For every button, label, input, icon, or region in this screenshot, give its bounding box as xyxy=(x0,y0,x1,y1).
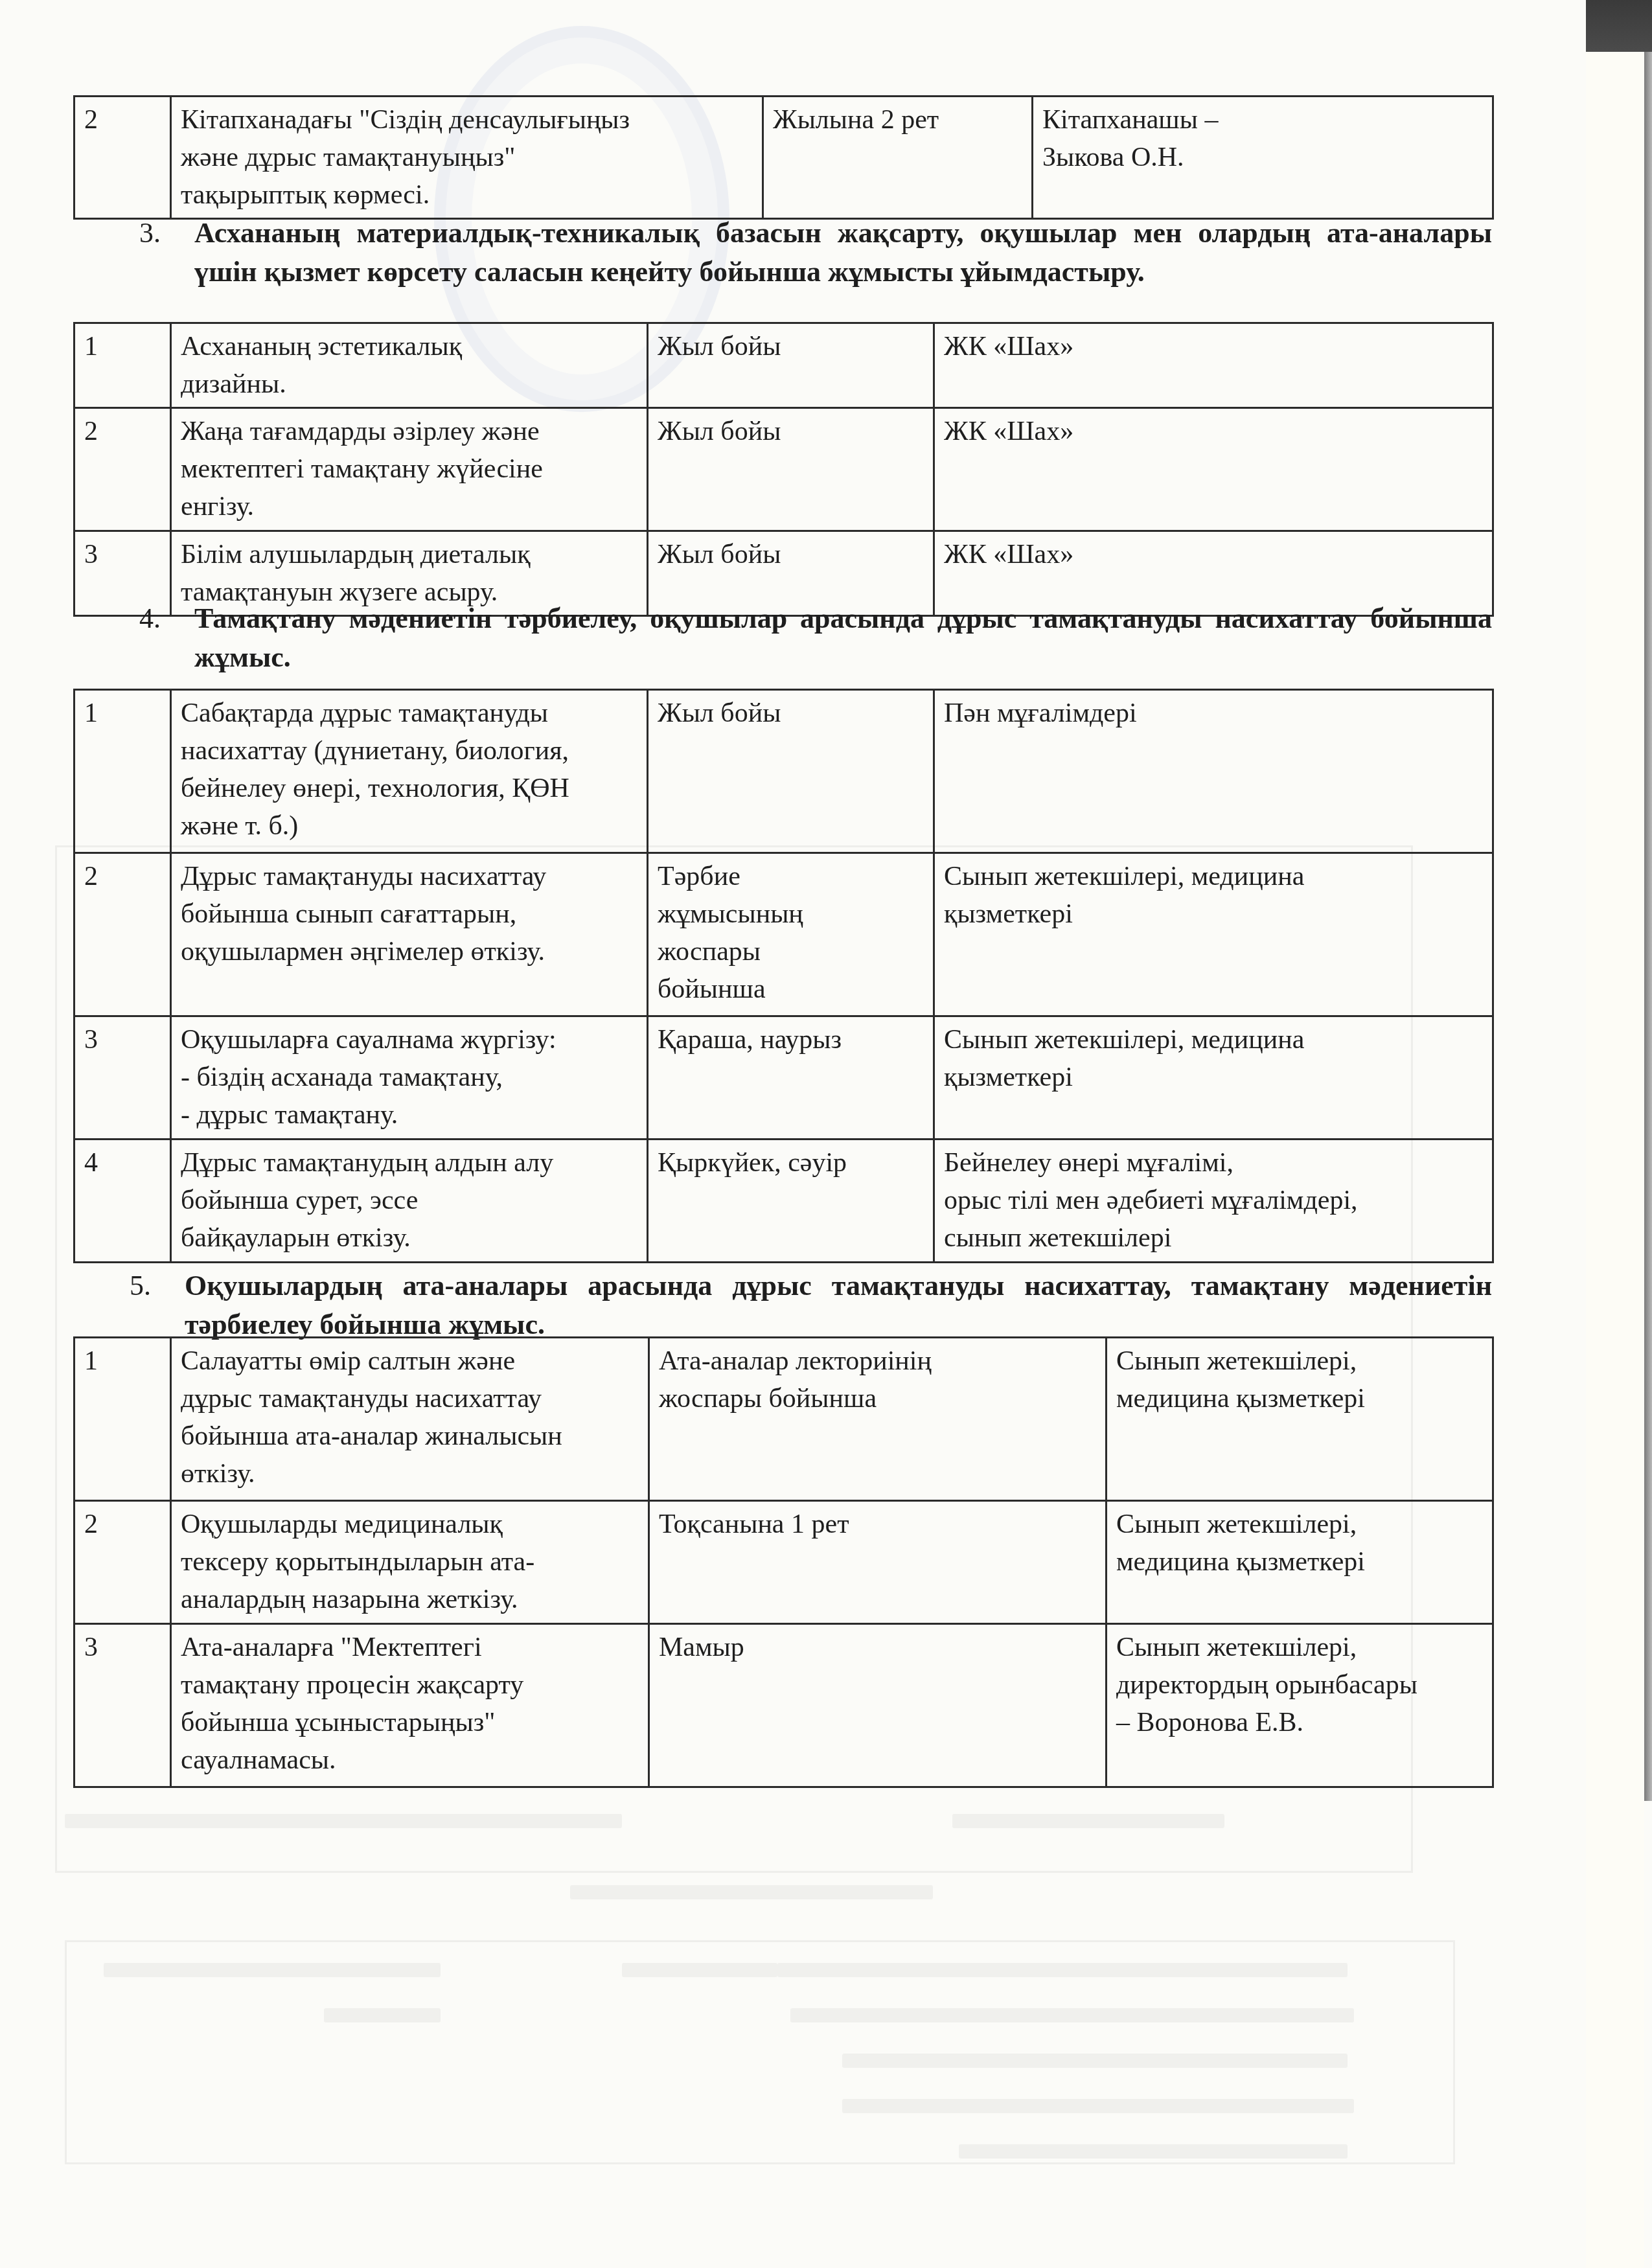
bleed-text xyxy=(959,2144,1348,2159)
responsible-cell: Сынып жетекшілері,медицина қызметкері xyxy=(1107,1338,1493,1501)
table-row: 3Оқушыларға сауалнама жүргізу:- біздің а… xyxy=(75,1016,1493,1140)
table-row: 2Дұрыс тамақтануды насихаттаубойынша сын… xyxy=(75,853,1493,1016)
event-cell-line: Асхананың эстетикалық xyxy=(181,328,639,365)
timing-cell: Ата-аналар лекториініңжоспары бойынша xyxy=(649,1338,1107,1501)
responsible-cell-line: қызметкері xyxy=(944,1059,1484,1096)
responsible-cell: Сынып жетекшілері,директордың орынбасары… xyxy=(1107,1624,1493,1787)
responsible-cell: ЖК «Шах» xyxy=(934,408,1493,531)
table-row: 2Оқушыларды медициналықтексеру қорытынды… xyxy=(75,1501,1493,1624)
responsible-cell-line: директордың орынбасары xyxy=(1116,1666,1484,1704)
timing-cell-line: бойынша xyxy=(658,970,925,1008)
responsible-cell: ЖК «Шах» xyxy=(934,323,1493,408)
row-number: 1 xyxy=(75,690,171,853)
responsible-cell: Сынып жетекшілері, медицинақызметкері xyxy=(934,853,1493,1016)
event-cell-line: Дұрыс тамақтануды насихаттау xyxy=(181,858,639,895)
event-cell: Жаңа тағамдарды әзірлеу жәнемектептегі т… xyxy=(171,408,648,531)
table-row: 4Дұрыс тамақтанудың алдын алубойынша сур… xyxy=(75,1140,1493,1263)
table-row: 2Кітапханадағы "Сіздің денсаулығыңызжәне… xyxy=(75,97,1493,219)
timing-cell: Тоқсанына 1 рет xyxy=(649,1501,1107,1624)
responsible-cell-line: ЖК «Шах» xyxy=(944,328,1484,365)
table-row: 1Асхананың эстетикалықдизайны.Жыл бойыЖК… xyxy=(75,323,1493,408)
event-cell-line: Кітапханадағы "Сіздің денсаулығыңыз xyxy=(181,101,754,139)
table-row: 2Жаңа тағамдарды әзірлеу жәнемектептегі … xyxy=(75,408,1493,531)
section-title: Асхананың материалдық-техникалық базасын… xyxy=(194,214,1492,292)
event-cell-line: - біздің асханада тамақтану, xyxy=(181,1059,639,1096)
event-cell: Кітапханадағы "Сіздің денсаулығыңызжәне … xyxy=(171,97,763,219)
responsible-cell-line: медицина қызметкері xyxy=(1116,1380,1484,1417)
event-cell-line: - дұрыс тамақтану. xyxy=(181,1096,639,1134)
timing-cell-line: жұмысының xyxy=(658,895,925,933)
responsible-cell: Сынып жетекшілері, медицинақызметкері xyxy=(934,1016,1493,1140)
responsible-cell: Кітапханашы –Зыкова О.Н. xyxy=(1033,97,1493,219)
event-cell-line: Жаңа тағамдарды әзірлеу және xyxy=(181,413,639,450)
continuation-table: 2Кітапханадағы "Сіздің денсаулығыңызжәне… xyxy=(73,95,1494,220)
responsible-cell-line: Зыкова О.Н. xyxy=(1042,139,1484,176)
row-number: 2 xyxy=(75,408,171,531)
event-cell-line: бойынша сынып сағаттарын, xyxy=(181,895,639,933)
responsible-cell: Сынып жетекшілері,медицина қызметкері xyxy=(1107,1501,1493,1624)
responsible-cell: Пән мұғалімдері xyxy=(934,690,1493,853)
responsible-cell-line: қызметкері xyxy=(944,895,1484,933)
timing-cell-line: Қыркүйек, сәуір xyxy=(658,1144,925,1182)
section-number: 3. xyxy=(139,214,194,292)
event-cell-line: және т. б.) xyxy=(181,807,639,845)
timing-cell-line: Ата-аналар лекториінің xyxy=(659,1342,1097,1380)
event-cell-line: енгізу. xyxy=(181,488,639,525)
event-cell-line: дұрыс тамақтануды насихаттау xyxy=(181,1380,640,1417)
responsible-cell-line: Сынып жетекшілері, xyxy=(1116,1342,1484,1380)
timing-cell-line: жоспары xyxy=(658,933,925,970)
bleed-text xyxy=(622,1963,777,1977)
row-number: 3 xyxy=(75,1624,171,1787)
bleed-text xyxy=(842,2054,1348,2068)
event-cell-line: мектептегі тамақтану жүйесіне xyxy=(181,450,639,488)
responsible-cell-line: – Воронова Е.В. xyxy=(1116,1704,1484,1741)
event-cell-line: аналардың назарына жеткізу. xyxy=(181,1581,640,1618)
row-number: 2 xyxy=(75,97,171,219)
bleed-text xyxy=(790,2008,1354,2022)
timing-cell-line: Жыл бойы xyxy=(658,413,925,450)
responsible-cell-line: Сынып жетекшілері, медицина xyxy=(944,1021,1484,1059)
responsible-cell-line: медицина қызметкері xyxy=(1116,1543,1484,1581)
section-title: Оқушылардың ата-аналары арасында дұрыс т… xyxy=(185,1266,1492,1344)
event-cell-line: Сабақтарда дұрыс тамақтануды xyxy=(181,694,639,732)
responsible-cell-line: ЖК «Шах» xyxy=(944,413,1484,450)
event-cell-line: Салауатты өмір салтын және xyxy=(181,1342,640,1380)
scanner-edge-shadow xyxy=(1644,52,1652,1801)
responsible-cell-line: орыс тілі мен әдебиеті мұғалімдері, xyxy=(944,1182,1484,1219)
responsible-cell-line: Сынып жетекшілері, xyxy=(1116,1629,1484,1666)
bleed-text xyxy=(777,1963,1348,1977)
timing-cell-line: Тоқсанына 1 рет xyxy=(659,1506,1097,1543)
event-cell-line: оқушылармен әңгімелер өткізу. xyxy=(181,933,639,970)
bleed-text xyxy=(952,1814,1224,1828)
event-cell: Асхананың эстетикалықдизайны. xyxy=(171,323,648,408)
row-number: 1 xyxy=(75,1338,171,1501)
row-number: 3 xyxy=(75,1016,171,1140)
timing-cell-line: Қараша, наурыз xyxy=(658,1021,925,1059)
timing-cell: Қараша, наурыз xyxy=(648,1016,934,1140)
event-cell-line: Оқушыларға сауалнама жүргізу: xyxy=(181,1021,639,1059)
responsible-cell-line: Бейнелеу өнері мұғалімі, xyxy=(944,1144,1484,1182)
table-row: 3Ата-аналарға "Мектептегітамақтану проце… xyxy=(75,1624,1493,1787)
event-cell-line: тақырыптық көрмесі. xyxy=(181,176,754,214)
row-number: 1 xyxy=(75,323,171,408)
bleed-text xyxy=(104,1963,441,1977)
responsible-cell-line: Сынып жетекшілері, xyxy=(1116,1506,1484,1543)
table-row: 1Салауатты өмір салтын жәнедұрыс тамақта… xyxy=(75,1338,1493,1501)
event-cell: Ата-аналарға "Мектептегітамақтану процес… xyxy=(171,1624,649,1787)
timing-cell: Жыл бойы xyxy=(648,690,934,853)
timing-cell: Жыл бойы xyxy=(648,408,934,531)
event-cell-line: насихаттау (дүниетану, биология, xyxy=(181,732,639,770)
timing-cell: Тәрбиежұмысыныңжоспарыбойынша xyxy=(648,853,934,1016)
event-cell-line: бойынша ұсыныстарыңыз" xyxy=(181,1704,640,1741)
bleed-text xyxy=(842,2099,1354,2113)
event-cell-line: тексеру қорытындыларын ата- xyxy=(181,1543,640,1581)
section-heading-4: 4. Тамақтану мәдениетін тәрбиелеу, оқушы… xyxy=(139,599,1492,677)
event-cell-line: сауалнамасы. xyxy=(181,1741,640,1779)
bleed-text xyxy=(324,2008,441,2022)
section-number: 4. xyxy=(139,599,194,677)
event-cell: Сабақтарда дұрыс тамақтанудынасихаттау (… xyxy=(171,690,648,853)
timing-cell-line: Мамыр xyxy=(659,1629,1097,1666)
responsible-cell-line: Сынып жетекшілері, медицина xyxy=(944,858,1484,895)
event-cell-line: Оқушыларды медициналық xyxy=(181,1506,640,1543)
event-cell-line: және дұрыс тамақтануыңыз" xyxy=(181,139,754,176)
bleed-text xyxy=(570,1885,933,1899)
event-cell: Салауатты өмір салтын жәнедұрыс тамақтан… xyxy=(171,1338,649,1501)
event-cell: Дұрыс тамақтануды насихаттаубойынша сыны… xyxy=(171,853,648,1016)
row-number: 4 xyxy=(75,1140,171,1263)
table-row: 1Сабақтарда дұрыс тамақтанудынасихаттау … xyxy=(75,690,1493,853)
event-cell-line: байқауларын өткізу. xyxy=(181,1219,639,1257)
timing-cell: Жыл бойы xyxy=(648,323,934,408)
responsible-cell-line: сынып жетекшілері xyxy=(944,1219,1484,1257)
event-cell: Оқушыларды медициналықтексеру қорытындыл… xyxy=(171,1501,649,1624)
event-cell-line: тамақтану процесін жақсарту xyxy=(181,1666,640,1704)
responsible-cell: Бейнелеу өнері мұғалімі,орыс тілі мен әд… xyxy=(934,1140,1493,1263)
timing-cell-line: Жылына 2 рет xyxy=(773,101,1024,139)
timing-cell-line: Жыл бойы xyxy=(658,536,925,573)
scanner-edge xyxy=(1586,0,1652,52)
section-4-table: 1Сабақтарда дұрыс тамақтанудынасихаттау … xyxy=(73,689,1494,1263)
responsible-cell-line: ЖК «Шах» xyxy=(944,536,1484,573)
section-3-table: 1Асхананың эстетикалықдизайны.Жыл бойыЖК… xyxy=(73,322,1494,617)
timing-cell: Қыркүйек, сәуір xyxy=(648,1140,934,1263)
event-cell-line: Ата-аналарға "Мектептегі xyxy=(181,1629,640,1666)
timing-cell: Мамыр xyxy=(649,1624,1107,1787)
event-cell-line: дизайны. xyxy=(181,365,639,403)
section-heading-3: 3. Асхананың материалдық-техникалық база… xyxy=(139,214,1492,292)
event-cell-line: Білім алушылардың диеталық xyxy=(181,536,639,573)
timing-cell-line: жоспары бойынша xyxy=(659,1380,1097,1417)
event-cell-line: Дұрыс тамақтанудың алдын алу xyxy=(181,1144,639,1182)
section-5-table: 1Салауатты өмір салтын жәнедұрыс тамақта… xyxy=(73,1336,1494,1788)
timing-cell: Жылына 2 рет xyxy=(763,97,1033,219)
responsible-cell-line: Пән мұғалімдері xyxy=(944,694,1484,732)
event-cell: Дұрыс тамақтанудың алдын алубойынша суре… xyxy=(171,1140,648,1263)
event-cell-line: бейнелеу өнері, технология, ҚӨН xyxy=(181,770,639,807)
scanner-edge-strip xyxy=(1586,52,1644,2268)
event-cell: Оқушыларға сауалнама жүргізу:- біздің ас… xyxy=(171,1016,648,1140)
row-number: 2 xyxy=(75,853,171,1016)
timing-cell-line: Жыл бойы xyxy=(658,328,925,365)
section-title: Тамақтану мәдениетін тәрбиелеу, оқушылар… xyxy=(194,599,1492,677)
section-heading-5: 5. Оқушылардың ата-аналары арасында дұры… xyxy=(130,1266,1492,1344)
responsible-cell-line: Кітапханашы – xyxy=(1042,101,1484,139)
event-cell-line: бойынша сурет, эссе xyxy=(181,1182,639,1219)
row-number: 2 xyxy=(75,1501,171,1624)
timing-cell-line: Тәрбие xyxy=(658,858,925,895)
event-cell-line: өткізу. xyxy=(181,1455,640,1493)
section-number: 5. xyxy=(130,1266,185,1344)
timing-cell-line: Жыл бойы xyxy=(658,694,925,732)
event-cell-line: бойынша ата-аналар жиналысын xyxy=(181,1417,640,1455)
bleed-text xyxy=(65,1814,622,1828)
